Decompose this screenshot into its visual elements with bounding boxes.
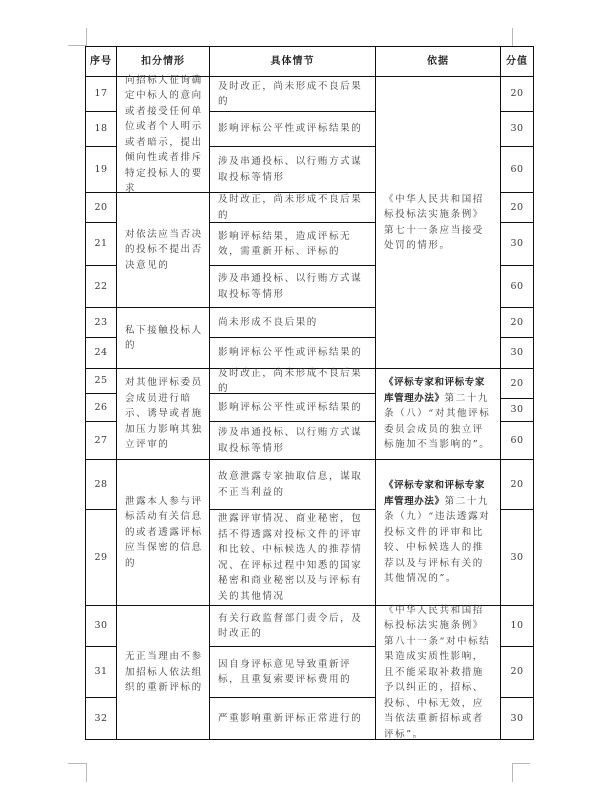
basis-30-32: 《中华人民共和国招标投标法实施条例》第八十一条“对中标结果造成实质性影响，且不能… <box>375 605 501 740</box>
row-19-detail: 涉及串通投标、以行贿方式谋取投标等情形 <box>209 146 376 193</box>
row-20-no: 20 <box>85 192 117 223</box>
row-19-no: 19 <box>85 146 117 193</box>
row-18-detail: 影响评标公平性或评标结果的 <box>209 111 376 147</box>
row-21-no: 21 <box>85 222 117 266</box>
row-23-detail: 尚未形成不良后果的 <box>209 307 376 338</box>
row-20-detail: 及时改正，尚未形成不良后果的 <box>209 192 376 223</box>
row-26-detail: 影响评标公平性或评标结果的 <box>209 393 376 422</box>
situation-30-32: 无正当理由不参加招标人依法组织的重新评标的 <box>116 605 210 740</box>
situation-23-24: 私下接触投标人的 <box>116 307 210 369</box>
row-32-no: 32 <box>85 697 117 740</box>
situation-17-19: 向招标人征询确定中标人的意向或者接受任何单位或者个人明示或者暗示，提出倾向性或者… <box>116 76 210 193</box>
row-25-detail: 及时改正，尚未形成不良后果的 <box>209 368 376 394</box>
header-score: 分值 <box>500 46 534 77</box>
row-23-score: 20 <box>500 307 534 338</box>
header-detail: 具体情节 <box>209 46 376 77</box>
basis-28-29: 《评标专家和评标专家库管理办法》第二十九条（九）“违法透露对投标文件的评审和比较… <box>375 459 501 606</box>
row-22-no: 22 <box>85 265 117 308</box>
header-no: 序号 <box>85 46 117 77</box>
row-28-no: 28 <box>85 459 117 510</box>
basis-28-29-text: 第二十九条（九）“违法透露对投标文件的评审和比较、中标候选人的推荐以及与评标有关… <box>384 496 490 585</box>
crop-mark-bottom-left-h <box>68 763 86 764</box>
crop-mark-bottom-right-h <box>512 763 530 764</box>
row-17-score: 20 <box>500 76 534 112</box>
crop-mark-bottom-right-v <box>512 763 513 782</box>
row-30-detail: 有关行政监督部门责令后，及时改正的 <box>209 605 376 647</box>
row-29-detail: 泄露评审情况、商业秘密，包括不得透露对投标文件的评审和比较、中标候选人的推荐情况… <box>209 509 376 606</box>
row-31-score: 20 <box>500 646 534 698</box>
row-25-score: 20 <box>500 368 534 399</box>
row-24-detail: 影响评标公平性或评标结果的 <box>209 337 376 369</box>
row-27-no: 27 <box>85 421 117 460</box>
row-20-score: 20 <box>500 192 534 223</box>
penalty-table: 序号 扣分情形 具体情节 依据 分值 17 及时改正，尚未形成不良后果的 20 … <box>85 46 534 740</box>
crop-mark-bottom-left-v <box>86 763 87 782</box>
row-28-score: 20 <box>500 459 534 510</box>
row-27-detail: 涉及串通投标、以行贿方式谋取投标等情形 <box>209 421 376 460</box>
row-25-no: 25 <box>85 368 117 394</box>
header-basis: 依据 <box>375 46 501 77</box>
row-24-no: 24 <box>85 337 117 369</box>
basis-17-24: 《中华人民共和国招标投标法实施条例》第七十一条应当接受处罚的情形。 <box>375 76 501 369</box>
row-29-score: 30 <box>500 509 534 606</box>
row-29-no: 29 <box>85 509 117 606</box>
row-21-score: 30 <box>500 222 534 266</box>
basis-25-27: 《评标专家和评标专家库管理办法》第二十九条（八）“对其他评标委员会成员的独立评标… <box>375 368 501 460</box>
situation-25-27: 对其他评标委员会成员进行暗示、诱导或者施加压力影响其独立评审的 <box>116 368 210 460</box>
row-18-no: 18 <box>85 111 117 147</box>
row-17-detail: 及时改正，尚未形成不良后果的 <box>209 76 376 112</box>
crop-mark-top-left-h <box>68 45 86 46</box>
basis-30-32-text: 《中华人民共和国招标投标法实施条例》第八十一条“对中标结果造成实质性影响，且不能… <box>384 603 494 743</box>
row-17-no: 17 <box>85 76 117 112</box>
row-26-no: 26 <box>85 393 117 422</box>
row-30-score: 10 <box>500 605 534 647</box>
row-30-no: 30 <box>85 605 117 647</box>
row-18-score: 30 <box>500 111 534 147</box>
crop-mark-top-left-v <box>86 28 87 46</box>
basis-17-24-text: 《中华人民共和国招标投标法实施条例》第七十一条应当接受处罚的情形。 <box>384 192 494 254</box>
row-28-detail: 故意泄露专家抽取信息，谋取不正当利益的 <box>209 459 376 510</box>
crop-mark-top-right-v <box>512 28 513 46</box>
row-31-no: 31 <box>85 646 117 698</box>
row-22-detail: 涉及串通投标、以行贿方式谋取投标等情形 <box>209 265 376 308</box>
row-26-score: 30 <box>500 398 534 422</box>
row-21-detail: 影响评标结果，造成评标无效，需重新开标、评标的 <box>209 222 376 266</box>
situation-28-29: 泄露本人参与评标活动有关信息的或者透露评标应当保密的信息的 <box>116 459 210 606</box>
row-19-score: 60 <box>500 146 534 193</box>
row-22-score: 60 <box>500 265 534 308</box>
row-27-score: 60 <box>500 421 534 460</box>
row-23-no: 23 <box>85 307 117 338</box>
row-31-detail: 因自身评标意见导致重新评标，且重复索要评标费用的 <box>209 646 376 698</box>
situation-20-22: 对依法应当否决的投标不提出否决意见的 <box>116 192 210 308</box>
row-32-score: 30 <box>500 697 534 740</box>
row-32-detail: 严重影响重新评标正常进行的 <box>209 697 376 740</box>
row-24-score: 30 <box>500 337 534 369</box>
